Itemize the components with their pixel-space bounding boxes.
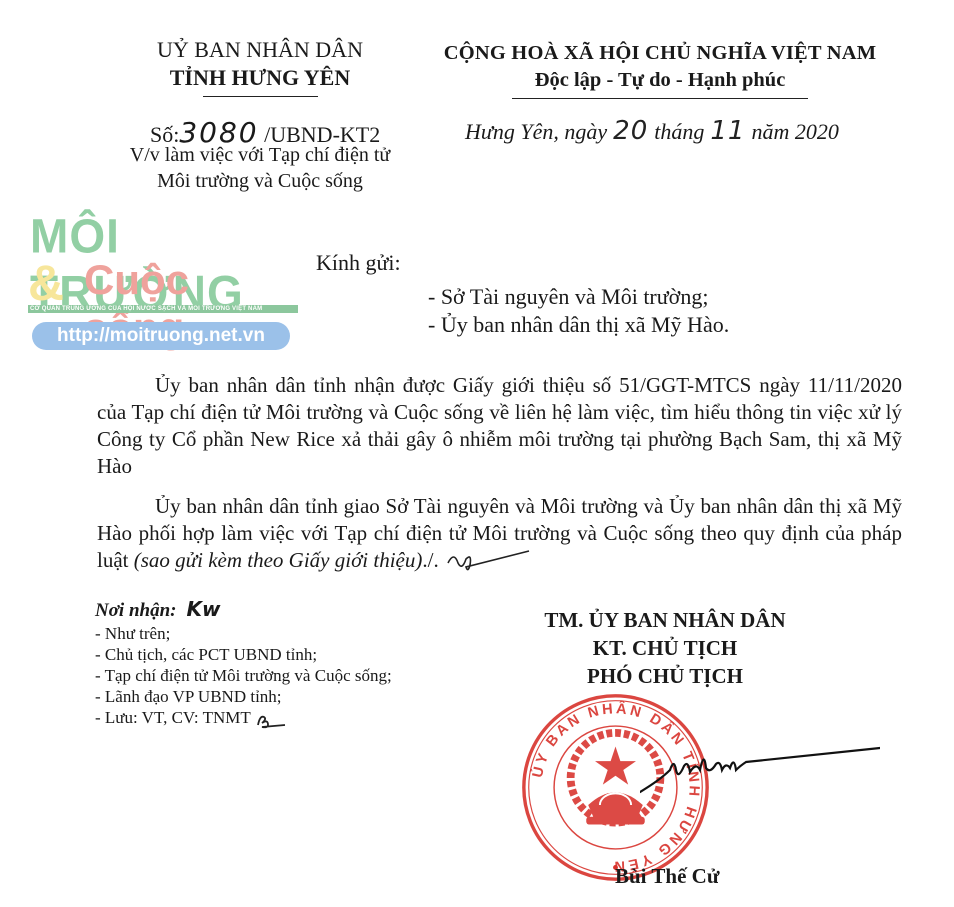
signer-name: Bùi Thế Cử xyxy=(615,864,719,889)
date-line: Hưng Yên, ngày20tháng11năm 2020 xyxy=(465,116,839,146)
distribution-list: Nơi nhận:Kw - Như trên; - Chủ tịch, các … xyxy=(95,597,392,729)
recipient-list: - Sở Tài nguyên và Môi trường; - Ủy ban … xyxy=(428,283,729,339)
national-title: CỘNG HOÀ XÃ HỘI CHỦ NGHĨA VIỆT NAM xyxy=(420,40,900,66)
header-underline xyxy=(203,96,318,97)
distribution-item-text: - Lưu: VT, CV: TNMT xyxy=(95,708,250,727)
body-paragraph-2: Ủy ban nhân dân tỉnh giao Sở Tài nguyên … xyxy=(97,493,902,574)
distribution-title-text: Nơi nhận: xyxy=(95,600,176,621)
subject-line-2: Môi trường và Cuộc sống xyxy=(120,168,400,194)
watermark-ampersand: & xyxy=(28,254,64,312)
body-paragraph-1: Ủy ban nhân dân tỉnh nhận được Giấy giới… xyxy=(97,372,902,480)
signature-line-1: TM. ỦY BAN NHÂN DÂN xyxy=(490,606,840,634)
subject-line-1: V/v làm việc với Tạp chí điện tử xyxy=(120,142,400,168)
recipient-item: - Sở Tài nguyên và Môi trường; xyxy=(428,283,729,311)
greeting: Kính gửi: xyxy=(316,250,401,276)
distribution-item: - Lưu: VT, CV: TNMT xyxy=(95,707,392,729)
signature-line-2: KT. CHỦ TỊCH xyxy=(490,634,840,662)
date-place: Hưng Yên, ngày xyxy=(465,119,607,144)
national-heading: CỘNG HOÀ XÃ HỘI CHỦ NGHĨA VIỆT NAM Độc l… xyxy=(420,40,900,99)
distribution-item: - Chủ tịch, các PCT UBND tỉnh; xyxy=(95,644,392,665)
initials-mark-icon xyxy=(255,711,289,729)
date-month-label: tháng xyxy=(654,119,704,144)
paragraph-2-attachment-note: (sao gửi kèm theo Giấy giới thiệu) xyxy=(134,548,423,572)
authority-line-2: TỈNH HƯNG YÊN xyxy=(130,64,390,92)
handwritten-initials: Kw xyxy=(186,597,220,621)
authority-line-1: UỶ BAN NHÂN DÂN xyxy=(130,36,390,64)
date-month: 11 xyxy=(704,116,751,146)
issuing-authority: UỶ BAN NHÂN DÂN TỈNH HƯNG YÊN xyxy=(130,36,390,97)
document-subject: V/v làm việc với Tạp chí điện tử Môi trư… xyxy=(120,142,400,194)
distribution-item: - Lãnh đạo VP UBND tỉnh; xyxy=(95,686,392,707)
national-motto: Độc lập - Tự do - Hạnh phúc xyxy=(420,66,900,94)
initials-flourish-icon xyxy=(444,549,534,571)
handwritten-signature-icon xyxy=(640,740,880,800)
paragraph-2-end: ./. xyxy=(422,548,438,572)
watermark-url: http://moitruong.net.vn xyxy=(32,322,290,350)
signature-line-3: PHÓ CHỦ TỊCH xyxy=(490,662,840,690)
motto-underline xyxy=(512,98,808,99)
date-year: năm 2020 xyxy=(751,119,838,144)
distribution-item: - Như trên; xyxy=(95,623,392,644)
watermark-strap: CƠ QUAN TRUNG ƯƠNG CỦA HỘI NƯỚC SẠCH VÀ … xyxy=(28,305,298,313)
distribution-title: Nơi nhận:Kw xyxy=(95,597,392,623)
signature-title-block: TM. ỦY BAN NHÂN DÂN KT. CHỦ TỊCH PHÓ CHỦ… xyxy=(490,606,840,690)
date-day: 20 xyxy=(607,116,654,146)
distribution-item: - Tạp chí điện tử Môi trường và Cuộc sốn… xyxy=(95,665,392,686)
watermark-logo: MÔI TRƯỜNG & Cuộc sống CƠ QUAN TRUNG ƯƠN… xyxy=(28,210,298,355)
recipient-item: - Ủy ban nhân dân thị xã Mỹ Hào. xyxy=(428,311,729,339)
